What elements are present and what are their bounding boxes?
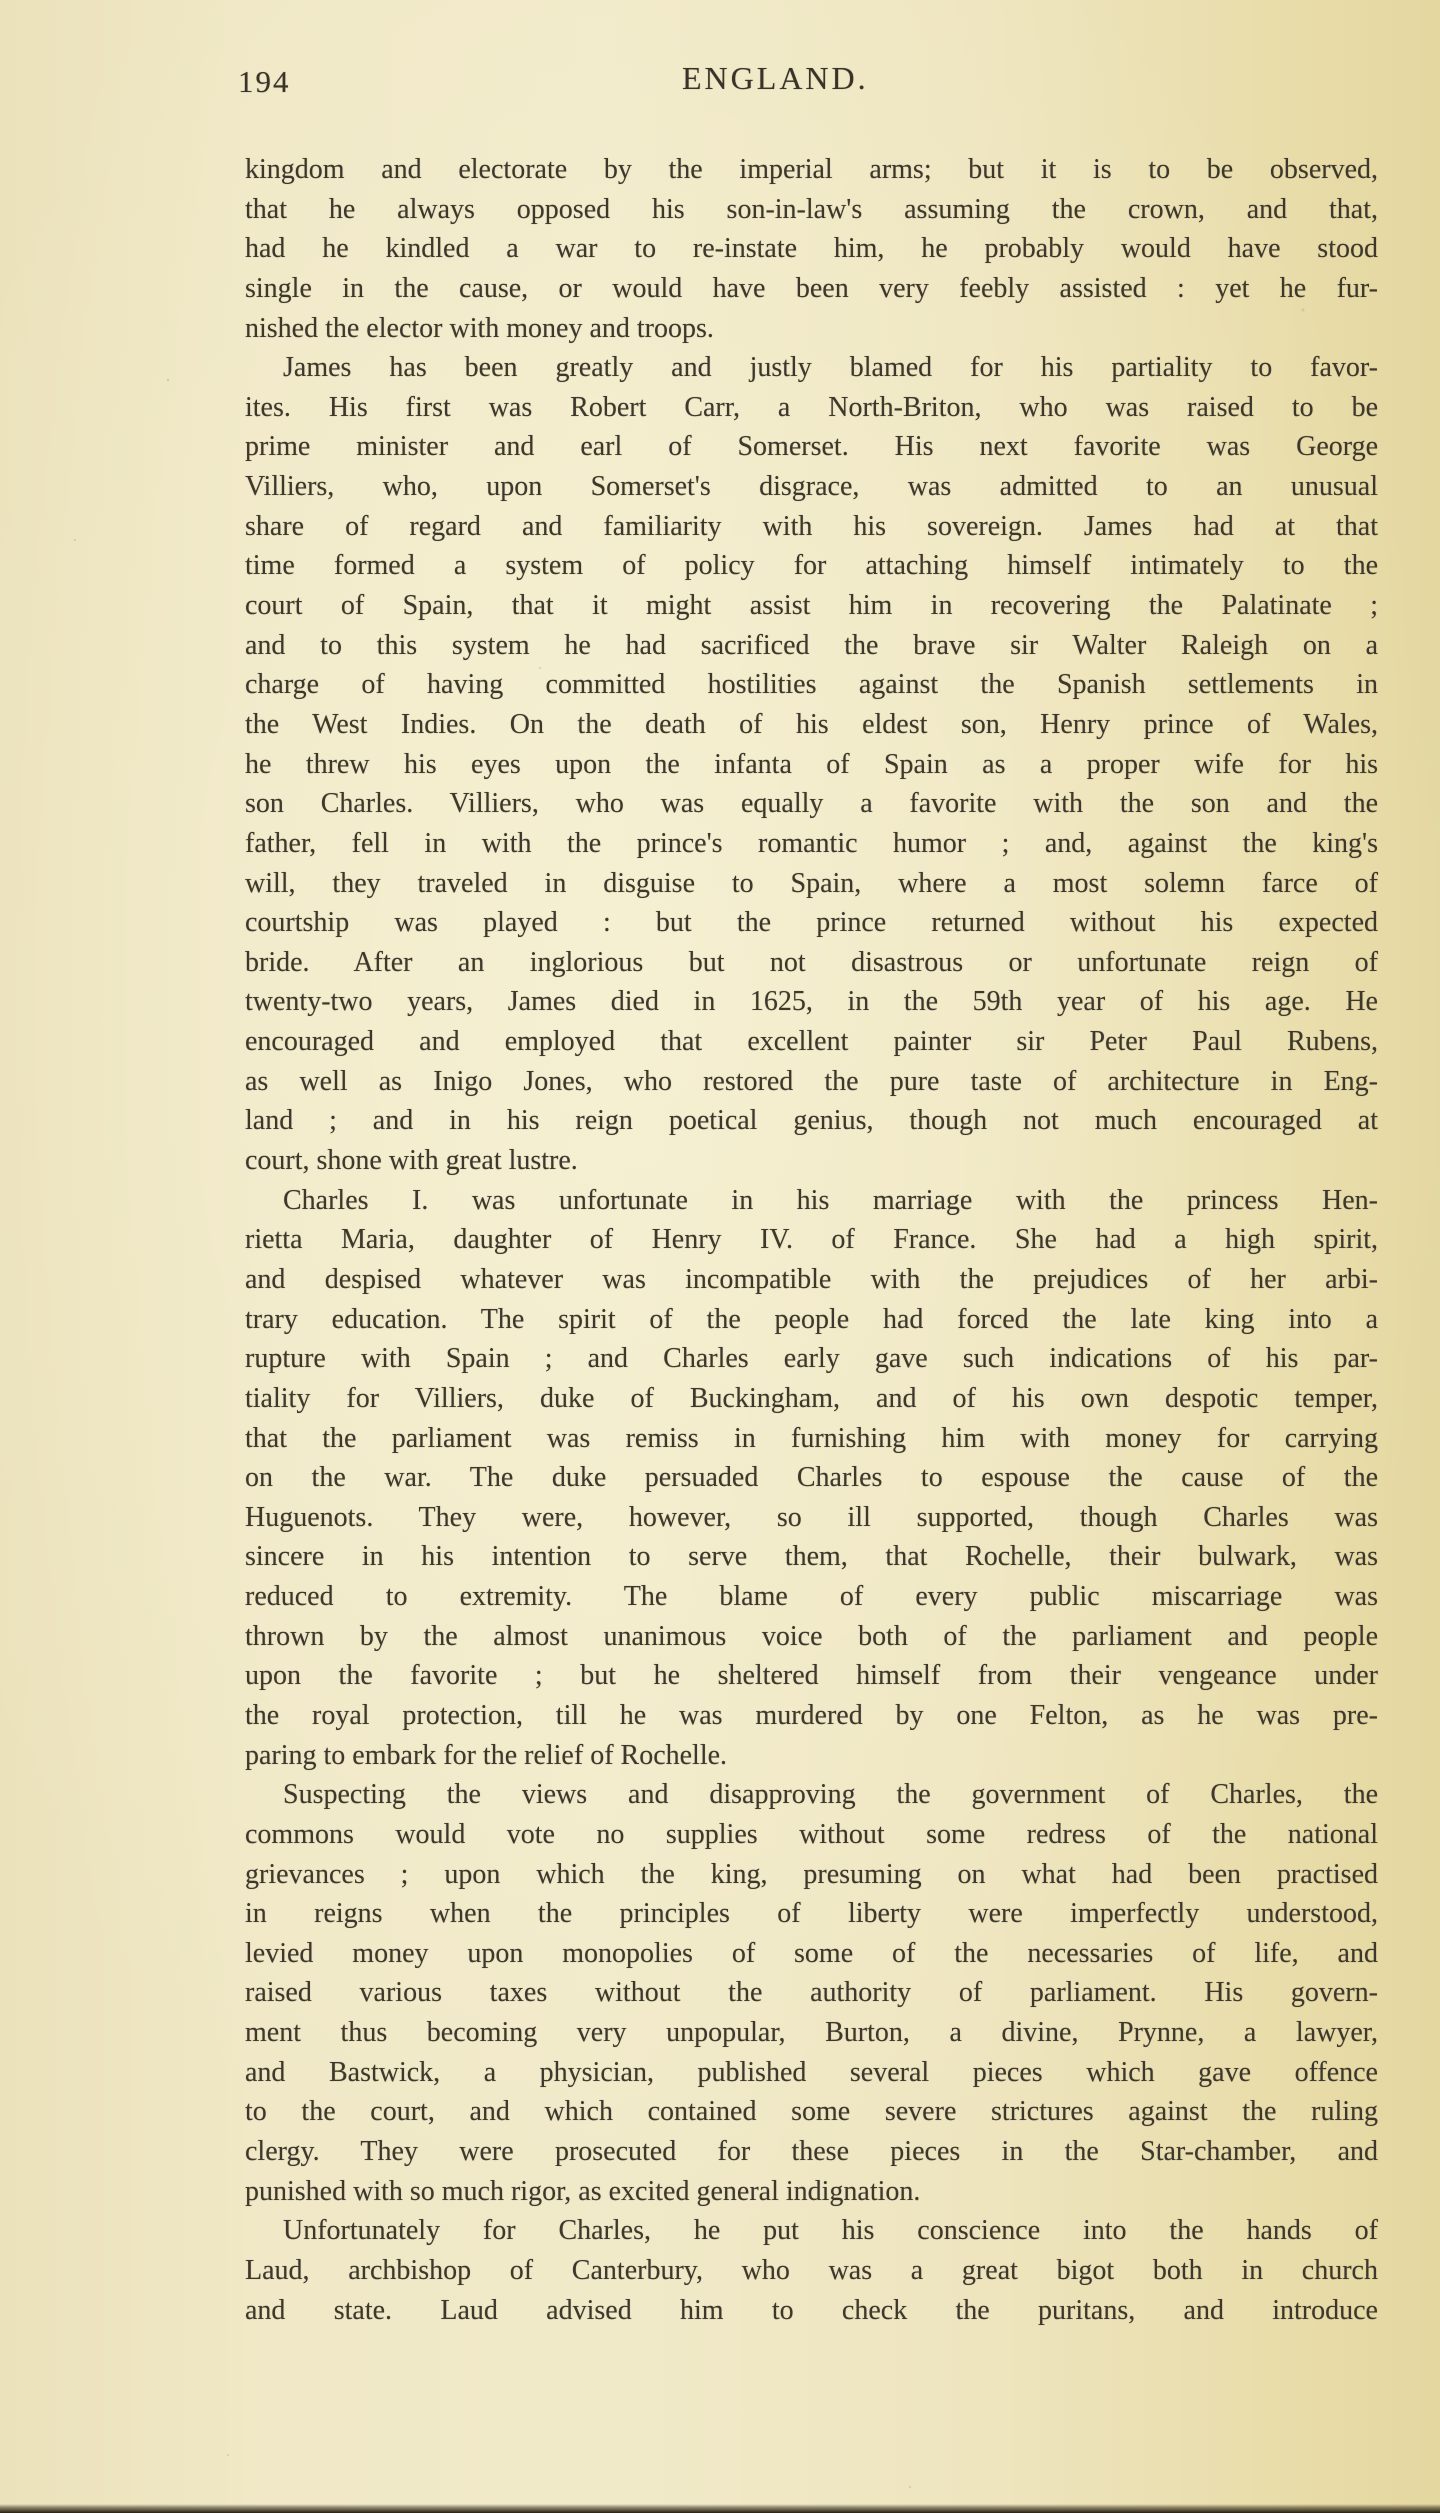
text-line: father, fell in with the prince's romant…: [245, 824, 1378, 864]
scan-edge-bottom: [0, 2504, 1440, 2513]
text-line: raised various taxes without the authori…: [245, 1973, 1378, 2013]
text-line: to the court, and which contained some s…: [245, 2092, 1378, 2132]
text-line: had he kindled a war to re-instate him, …: [245, 229, 1378, 269]
text-line: share of regard and familiarity with his…: [245, 507, 1378, 547]
text-line: Unfortunately for Charles, he put his co…: [245, 2211, 1378, 2251]
text-line: rupture with Spain ; and Charles early g…: [245, 1339, 1378, 1379]
text-line: and state. Laud advised him to check the…: [245, 2291, 1378, 2331]
text-line: and Bastwick, a physician, published sev…: [245, 2053, 1378, 2093]
text-line: on the war. The duke persuaded Charles t…: [245, 1458, 1378, 1498]
text-line: upon the favorite ; but he sheltered him…: [245, 1656, 1378, 1696]
running-title: ENGLAND.: [682, 60, 869, 97]
text-line: tiality for Villiers, duke of Buckingham…: [245, 1379, 1378, 1419]
text-line: Suspecting the views and disapproving th…: [245, 1775, 1378, 1815]
text-line: and to this system he had sacrificed the…: [245, 626, 1378, 666]
text-line: he threw his eyes upon the infanta of Sp…: [245, 745, 1378, 785]
text-line: court, shone with great lustre.: [245, 1141, 1378, 1181]
text-line: single in the cause, or would have been …: [245, 269, 1378, 309]
text-line: Villiers, who, upon Somerset's disgrace,…: [245, 467, 1378, 507]
text-line: charge of having committed hostilities a…: [245, 665, 1378, 705]
text-line: ment thus becoming very unpopular, Burto…: [245, 2013, 1378, 2053]
text-line: land ; and in his reign poetical genius,…: [245, 1101, 1378, 1141]
text-line: bride. After an inglorious but not disas…: [245, 943, 1378, 983]
text-line: clergy. They were prosecuted for these p…: [245, 2132, 1378, 2172]
text-line: nished the elector with money and troops…: [245, 309, 1378, 349]
text-line: levied money upon monopolies of some of …: [245, 1934, 1378, 1974]
text-line: time formed a system of policy for attac…: [245, 546, 1378, 586]
text-line: James has been greatly and justly blamed…: [245, 348, 1378, 388]
text-line: encouraged and employed that excellent p…: [245, 1022, 1378, 1062]
scanned-book-page: 194 ENGLAND. kingdom and electorate by t…: [0, 0, 1440, 2513]
page-body: kingdom and electorate by the imperial a…: [245, 150, 1378, 2330]
text-line: commons would vote no supplies without s…: [245, 1815, 1378, 1855]
text-line: as well as Inigo Jones, who restored the…: [245, 1062, 1378, 1102]
text-line: twenty-two years, James died in 1625, in…: [245, 982, 1378, 1022]
page-number: 194: [238, 64, 291, 100]
text-line: son Charles. Villiers, who was equally a…: [245, 784, 1378, 824]
text-line: in reigns when the principles of liberty…: [245, 1894, 1378, 1934]
text-line: reduced to extremity. The blame of every…: [245, 1577, 1378, 1617]
text-line: the West Indies. On the death of his eld…: [245, 705, 1378, 745]
text-line: and despised whatever was incompatible w…: [245, 1260, 1378, 1300]
text-line: grievances ; upon which the king, presum…: [245, 1855, 1378, 1895]
text-line: the royal protection, till he was murder…: [245, 1696, 1378, 1736]
text-line: Laud, archbishop of Canterbury, who was …: [245, 2251, 1378, 2291]
text-line: kingdom and electorate by the imperial a…: [245, 150, 1378, 190]
text-line: that the parliament was remiss in furnis…: [245, 1419, 1378, 1459]
text-line: prime minister and earl of Somerset. His…: [245, 427, 1378, 467]
text-line: trary education. The spirit of the peopl…: [245, 1300, 1378, 1340]
text-line: sincere in his intention to serve them, …: [245, 1537, 1378, 1577]
text-line: Huguenots. They were, however, so ill su…: [245, 1498, 1378, 1538]
text-line: court of Spain, that it might assist him…: [245, 586, 1378, 626]
text-line: will, they traveled in disguise to Spain…: [245, 864, 1378, 904]
text-line: rietta Maria, daughter of Henry IV. of F…: [245, 1220, 1378, 1260]
text-line: punished with so much rigor, as excited …: [245, 2172, 1378, 2212]
text-line: Charles I. was unfortunate in his marria…: [245, 1181, 1378, 1221]
text-line: that he always opposed his son-in-law's …: [245, 190, 1378, 230]
text-line: thrown by the almost unanimous voice bot…: [245, 1617, 1378, 1657]
text-line: courtship was played : but the prince re…: [245, 903, 1378, 943]
text-line: paring to embark for the relief of Roche…: [245, 1736, 1378, 1776]
text-line: ites. His first was Robert Carr, a North…: [245, 388, 1378, 428]
